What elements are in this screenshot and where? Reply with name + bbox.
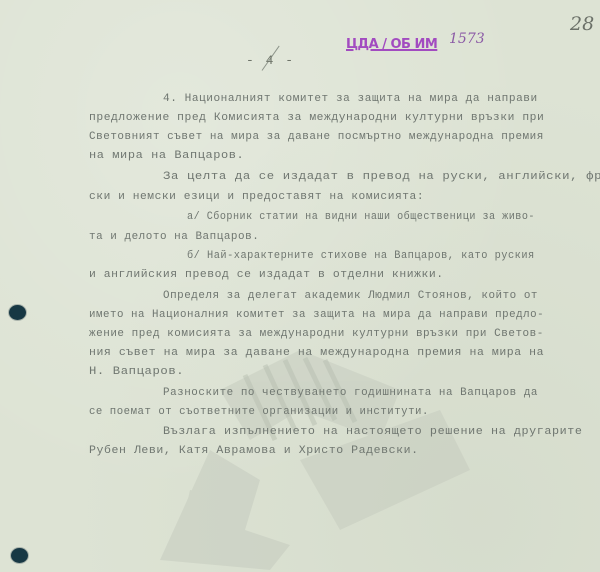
archive-number: 1573 xyxy=(449,31,485,47)
paragraph-1-line-4: на мира на Вапцаров. xyxy=(89,148,244,164)
paragraph-3-line-5: Н. Вапцаров. xyxy=(89,364,184,380)
item-b-line-2: и английския превод се издадат в отделни… xyxy=(89,267,444,283)
paragraph-1-line-2: предложение пред Комисията за международ… xyxy=(89,110,544,126)
paragraph-3-line-3: жение пред комисията за международни кул… xyxy=(89,326,544,342)
document-page: - 4 - ЦДА / ОБ ИМ 1573 28 4. Националния… xyxy=(0,0,600,572)
paragraph-3-line-1: Определя за делегат академик Людмил Стоя… xyxy=(163,288,538,304)
paragraph-2-line-2: ски и немски езици и предоставят на коми… xyxy=(89,189,424,205)
paragraph-3-line-2: името на Националния комитет за защита н… xyxy=(89,307,544,323)
archive-stamp: ЦДА / ОБ ИМ xyxy=(346,37,437,52)
folio-number: 28 xyxy=(570,13,594,35)
paragraph-5-line-2: Рубен Леви, Катя Аврамова и Христо Радев… xyxy=(89,443,419,459)
paragraph-2-line-1: За целта да се издадат в превод на руски… xyxy=(163,169,600,185)
page-marker: - 4 - xyxy=(246,53,295,68)
paragraph-5-line-1: Възлага изпълнението на настоящето решен… xyxy=(163,424,582,440)
item-b-line-1: б/ Най-характерните стихове на Вапцаров,… xyxy=(187,248,535,264)
paragraph-4-line-1: Разноските по чествуването годишнината н… xyxy=(163,385,538,401)
item-a-line-2: та и делото на Вапцаров. xyxy=(89,229,259,245)
paragraph-1-line-1: 4. Националният комитет за защита на мир… xyxy=(163,91,538,107)
paragraph-4-line-2: се поемат от съответните организации и и… xyxy=(89,404,429,420)
paragraph-3-line-4: ния съвет на мира за даване на междунаро… xyxy=(89,345,544,361)
paragraph-1-line-3: Световният съвет на мира за даване посмъ… xyxy=(89,129,544,145)
item-a-line-1: а/ Сборник статии на видни наши обществе… xyxy=(187,209,535,225)
punch-hole-upper xyxy=(9,305,26,320)
punch-hole-lower xyxy=(11,548,28,563)
